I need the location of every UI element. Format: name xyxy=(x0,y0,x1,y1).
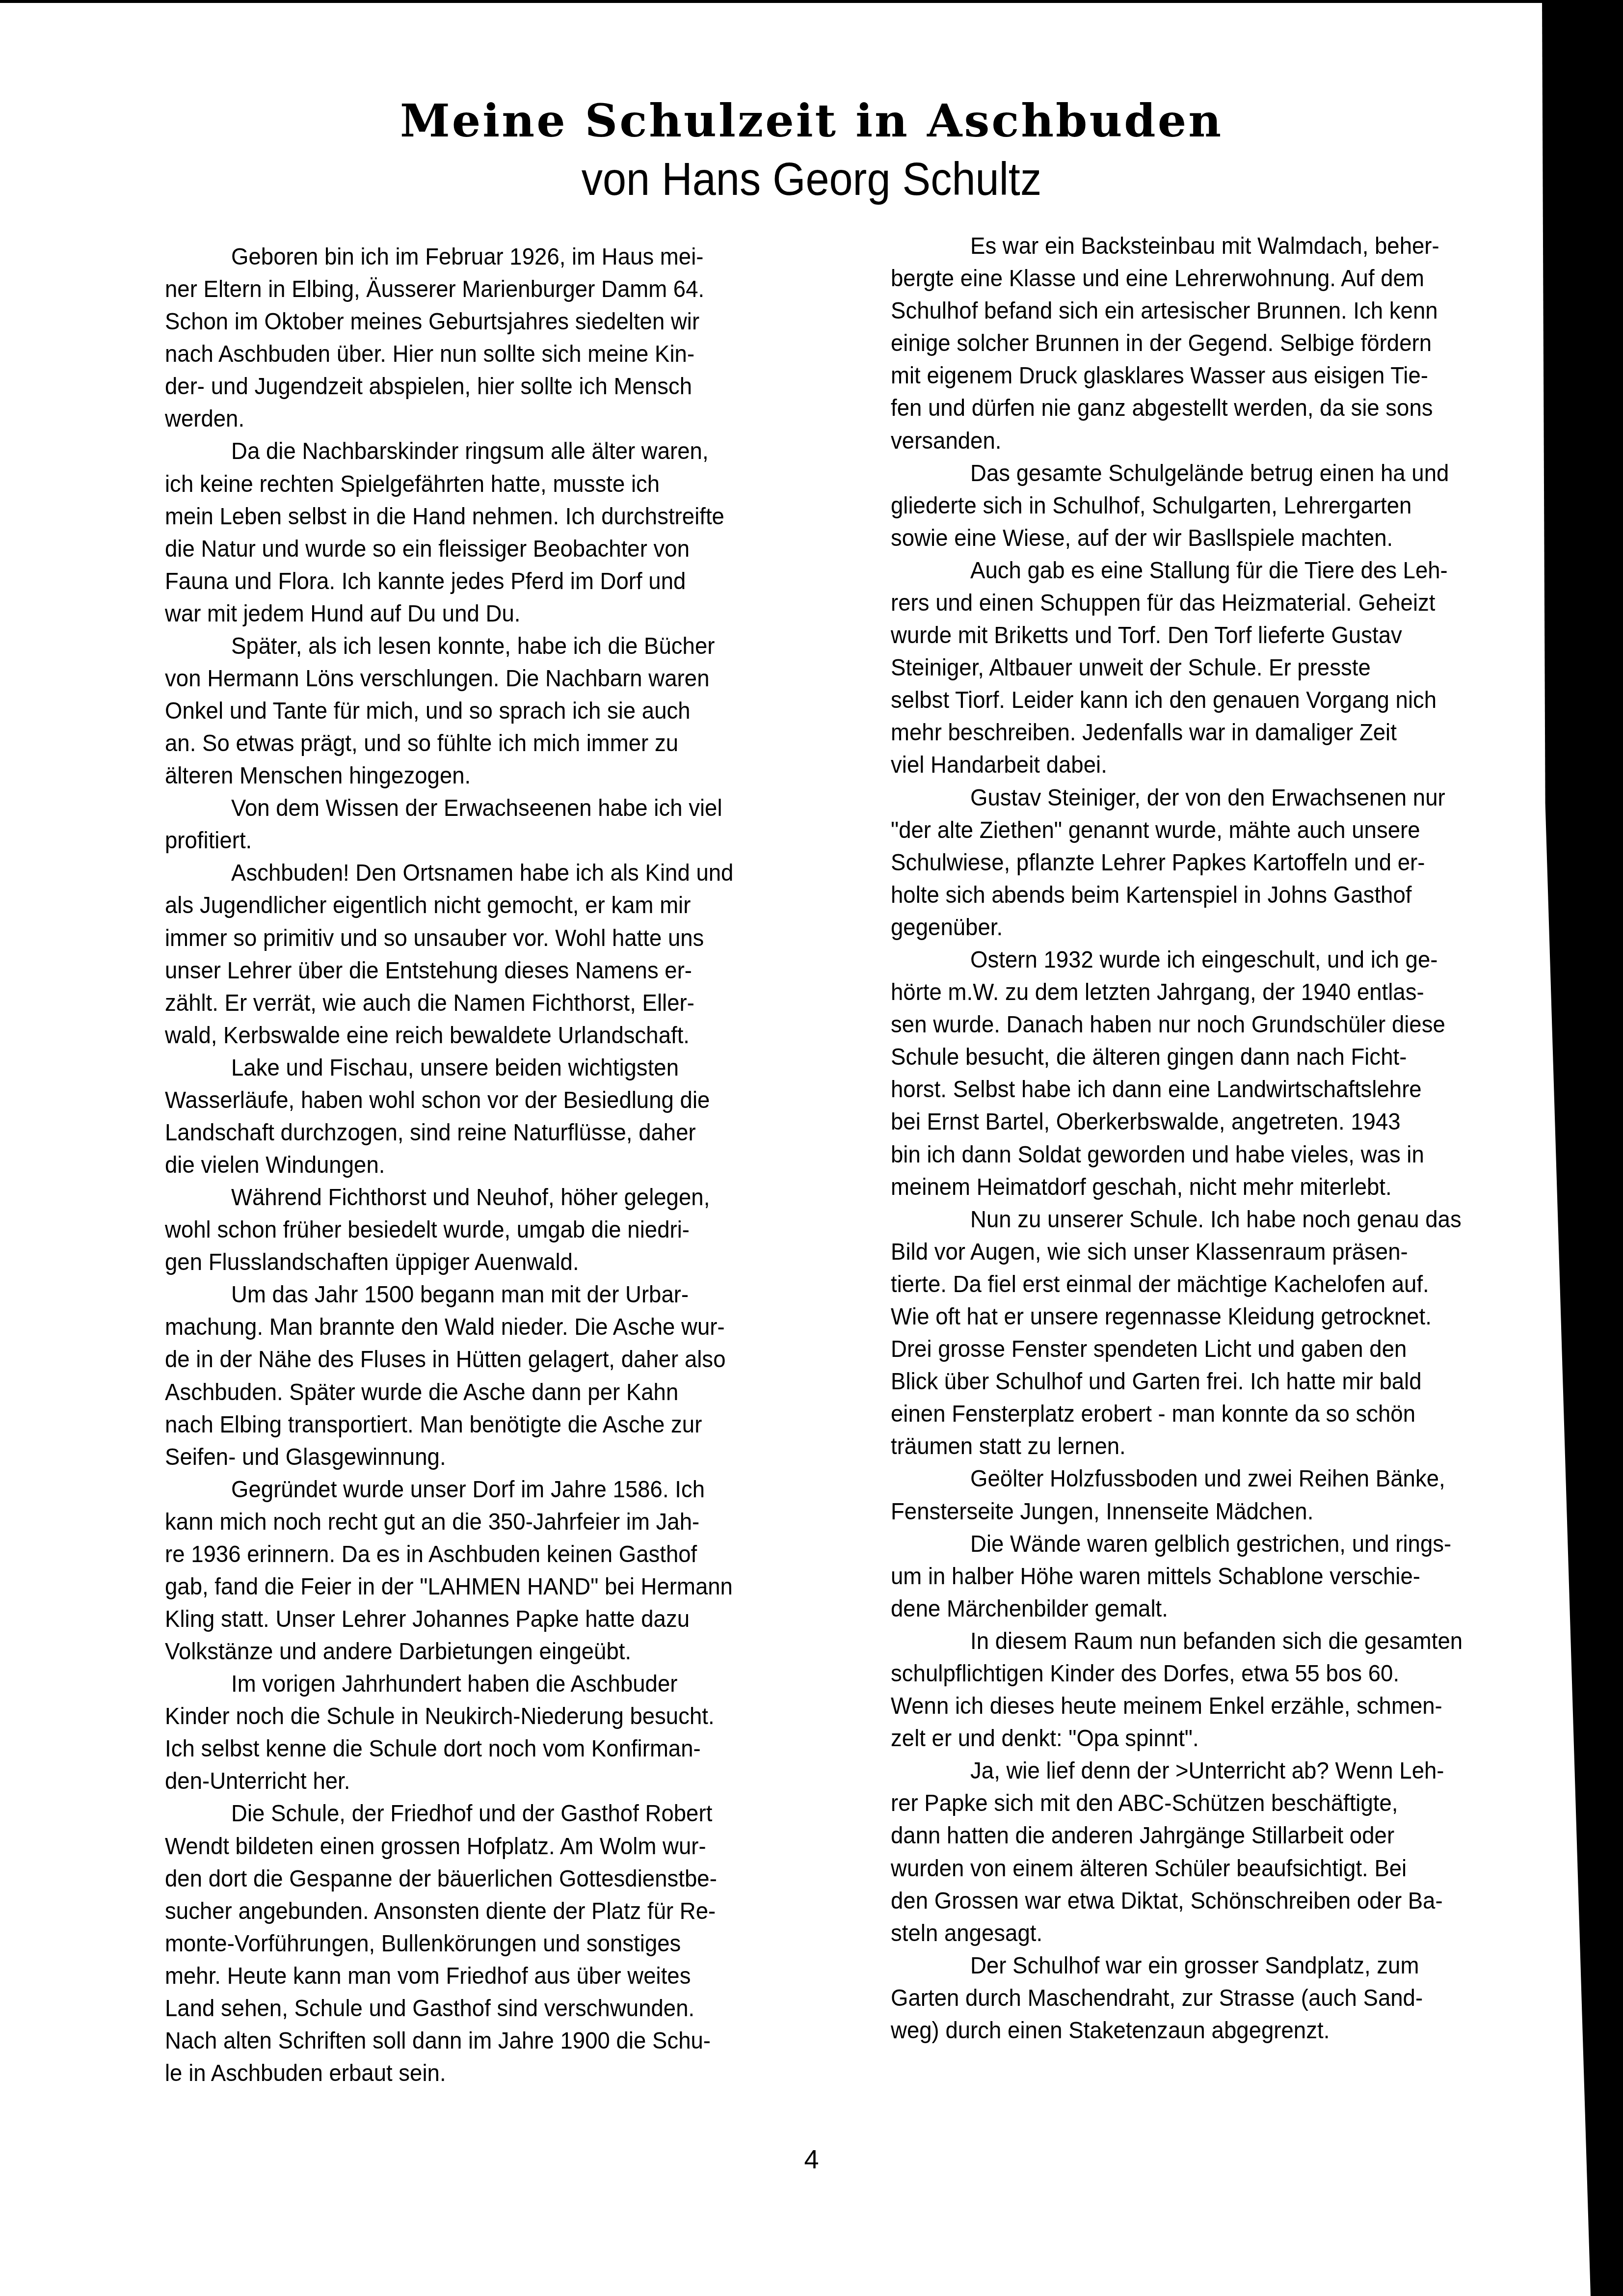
text-line: sucher angebunden. Ansonsten diente der … xyxy=(165,1899,716,1923)
text-line: schulpflichtigen Kinder des Dorfes, etwa… xyxy=(891,1662,1399,1686)
text-line: Land sehen, Schule und Gasthof sind vers… xyxy=(165,1997,694,2021)
page-number: 4 xyxy=(0,2146,1623,2173)
text-line: wurde mit Briketts und Torf. Den Torf li… xyxy=(891,623,1402,648)
text-line: Schulhof befand sich ein artesischer Bru… xyxy=(891,299,1438,323)
text-line: Blick über Schulhof und Garten frei. Ich… xyxy=(891,1370,1422,1394)
text-line: Landschaft durchzogen, sind reine Naturf… xyxy=(165,1121,696,1145)
text-line: mit eigenem Druck glasklares Wasser aus … xyxy=(891,364,1428,388)
text-line: hörte m.W. zu dem letzten Jahrgang, der … xyxy=(891,980,1424,1004)
text-line: meinem Heimatdorf geschah, nicht mehr mi… xyxy=(891,1175,1392,1199)
text-line: viel Handarbeit dabei. xyxy=(891,753,1107,777)
text-line: unser Lehrer über die Entstehung dieses … xyxy=(165,959,692,983)
text-line: mein Leben selbst in die Hand nehmen. Ic… xyxy=(165,505,724,529)
text-line: bergte eine Klasse und eine Lehrerwohnun… xyxy=(891,267,1424,291)
text-line: den dort die Gespanne der bäuerlichen Go… xyxy=(165,1867,717,1891)
text-line: le in Aschbuden erbaut sein. xyxy=(165,2061,446,2085)
text-line: gegenüber. xyxy=(891,916,1003,940)
text-line: Steiniger, Altbauer unweit der Schule. E… xyxy=(891,656,1371,680)
text-line: de in der Nähe des Fluses in Hütten gela… xyxy=(165,1348,725,1372)
paragraph-first-line: Der Schulhof war ein grosser Sandplatz, … xyxy=(970,1954,1419,1978)
text-line: versanden. xyxy=(891,429,1001,453)
paragraph-first-line: Von dem Wissen der Erwachseenen habe ich… xyxy=(231,796,722,820)
text-line: einen Fensterplatz erobert - man konnte … xyxy=(891,1402,1415,1426)
text-line: mehr beschreiben. Jedenfalls war in dama… xyxy=(891,721,1397,745)
text-line: den Grossen war etwa Diktat, Schönschrei… xyxy=(891,1889,1443,1913)
text-line: dene Märchenbilder gemalt. xyxy=(891,1597,1168,1621)
text-line: Schule besucht, die älteren gingen dann … xyxy=(891,1045,1407,1069)
text-line: träumen statt zu lernen. xyxy=(891,1434,1126,1459)
paragraph-first-line: Lake und Fischau, unsere beiden wichtigs… xyxy=(231,1056,679,1080)
text-line: wohl schon früher besiedelt wurde, umgab… xyxy=(165,1218,690,1242)
text-line: älteren Menschen hingezogen. xyxy=(165,764,471,788)
scan-border-right xyxy=(1542,0,1623,2296)
text-line: gen Flusslandschaften üppiger Auenwald. xyxy=(165,1250,579,1274)
text-line: mehr. Heute kann man vom Friedhof aus üb… xyxy=(165,1964,691,1988)
text-line: tierte. Da fiel erst einmal der mächtige… xyxy=(891,1272,1429,1297)
text-line: Garten durch Maschendraht, zur Strasse (… xyxy=(891,1986,1423,2010)
paragraph-first-line: Um das Jahr 1500 begann man mit der Urba… xyxy=(231,1283,689,1307)
text-line: an. So etwas prägt, und so fühlte ich mi… xyxy=(165,731,678,756)
text-line: von Hermann Löns verschlungen. Die Nachb… xyxy=(165,667,709,691)
text-line: immer so primitiv und so unsauber vor. W… xyxy=(165,926,704,950)
scan-border-top xyxy=(0,0,1623,3)
paragraph-first-line: Aschbuden! Den Ortsnamen habe ich als Ki… xyxy=(231,861,733,885)
article-title: Meine Schulzeit in Aschbuden xyxy=(0,98,1623,143)
text-line: den-Unterricht her. xyxy=(165,1769,350,1793)
text-line: ich keine rechten Spielgefährten hatte, … xyxy=(165,472,660,496)
text-line: Kling statt. Unser Lehrer Johannes Papke… xyxy=(165,1607,690,1631)
text-line: rers und einen Schuppen für das Heizmate… xyxy=(891,591,1435,615)
text-line: selbst Tiorf. Leider kann ich den genaue… xyxy=(891,688,1437,712)
text-line: gliederte sich in Schulhof, Schulgarten,… xyxy=(891,494,1411,518)
text-line: Wasserläufe, haben wohl schon vor der Be… xyxy=(165,1088,710,1112)
text-line: fen und dürfen nie ganz abgestellt werde… xyxy=(891,396,1433,420)
paragraph-first-line: Nun zu unserer Schule. Ich habe noch gen… xyxy=(970,1208,1462,1232)
text-line: re 1936 erinnern. Da es in Aschbuden kei… xyxy=(165,1542,697,1567)
text-line: Wie oft hat er unsere regennasse Kleidun… xyxy=(891,1305,1432,1329)
text-line: war mit jedem Hund auf Du und Du. xyxy=(165,602,520,626)
text-line: Kinder noch die Schule in Neukirch-Niede… xyxy=(165,1704,715,1729)
text-line: Ich selbst kenne die Schule dort noch vo… xyxy=(165,1737,701,1761)
text-line: "der alte Ziethen" genannt wurde, mähte … xyxy=(891,818,1420,842)
text-line: Bild vor Augen, wie sich unser Klassenra… xyxy=(891,1240,1408,1264)
paragraph-first-line: Ostern 1932 wurde ich eingeschult, und i… xyxy=(970,948,1437,972)
paragraph-first-line: Während Fichthorst und Neuhof, höher gel… xyxy=(231,1186,710,1210)
text-line: als Jugendlicher eigentlich nicht gemoch… xyxy=(165,893,691,918)
paragraph-first-line: Geboren bin ich im Februar 1926, im Haus… xyxy=(231,245,703,269)
paragraph-first-line: Die Wände waren gelblich gestrichen, und… xyxy=(970,1532,1451,1556)
text-line: Wenn ich dieses heute meinem Enkel erzäh… xyxy=(891,1694,1442,1718)
text-line: nach Elbing transportiert. Man benötigte… xyxy=(165,1413,702,1437)
text-line: Volkstänze und andere Darbietungen einge… xyxy=(165,1640,631,1664)
paragraph-first-line: Geölter Holzfussboden und zwei Reihen Bä… xyxy=(970,1467,1445,1491)
text-line: Schulwiese, pflanzte Lehrer Papkes Karto… xyxy=(891,851,1425,875)
text-line: wald, Kerbswalde eine reich bewaldete Ur… xyxy=(165,1024,690,1048)
text-line: einige solcher Brunnen in der Gegend. Se… xyxy=(891,331,1432,355)
text-line: gab, fand die Feier in der "LAHMEN HAND"… xyxy=(165,1575,733,1599)
paragraph-first-line: In diesem Raum nun befanden sich die ges… xyxy=(970,1629,1463,1653)
paragraph-first-line: Auch gab es eine Stallung für die Tiere … xyxy=(970,559,1448,583)
text-line: rer Papke sich mit den ABC-Schützen besc… xyxy=(891,1791,1398,1815)
text-line: Nach alten Schriften soll dann im Jahre … xyxy=(165,2029,711,2053)
text-line: Fauna und Flora. Ich kannte jedes Pferd … xyxy=(165,569,686,594)
text-line: Seifen- und Glasgewinnung. xyxy=(165,1445,446,1469)
text-line: weg) durch einen Staketenzaun abgegrenzt… xyxy=(891,2019,1330,2043)
paragraph-first-line: Später, als ich lesen konnte, habe ich d… xyxy=(231,634,715,658)
text-line: die vielen Windungen. xyxy=(165,1153,385,1177)
article-byline: von Hans Georg Schultz xyxy=(65,156,1558,202)
text-line: holte sich abends beim Kartenspiel in Jo… xyxy=(891,883,1411,907)
text-line: steln angesagt. xyxy=(891,1921,1042,1945)
paragraph-first-line: Es war ein Backsteinbau mit Walmdach, be… xyxy=(970,234,1439,258)
paragraph-first-line: Ja, wie lief denn der >Unterricht ab? We… xyxy=(970,1759,1444,1783)
text-line: die Natur und wurde so ein fleissiger Be… xyxy=(165,537,690,561)
paragraph-first-line: Da die Nachbarskinder ringsum alle älter… xyxy=(231,439,709,463)
paragraph-first-line: Gustav Steiniger, der von den Erwachsene… xyxy=(970,786,1445,810)
text-line: nach Aschbuden über. Hier nun sollte sic… xyxy=(165,342,694,366)
text-line: kann mich noch recht gut an die 350-Jahr… xyxy=(165,1510,699,1534)
paragraph-first-line: Im vorigen Jahrhundert haben die Aschbud… xyxy=(231,1672,677,1696)
text-line: sowie eine Wiese, auf der wir Basllspiel… xyxy=(891,526,1393,550)
text-line: zählt. Er verrät, wie auch die Namen Fic… xyxy=(165,991,694,1015)
text-line: bei Ernst Bartel, Oberkerbswalde, angetr… xyxy=(891,1110,1401,1134)
text-line: Aschbuden. Später wurde die Asche dann p… xyxy=(165,1380,678,1405)
text-line: monte-Vorführungen, Bullenkörungen und s… xyxy=(165,1932,681,1956)
paragraph-first-line: Gegründet wurde unser Dorf im Jahre 1586… xyxy=(231,1478,705,1502)
text-line: wurden von einem älteren Schüler beaufsi… xyxy=(891,1857,1407,1881)
paragraph-first-line: Das gesamte Schulgelände betrug einen ha… xyxy=(970,461,1449,486)
text-line: dann hatten die anderen Jahrgänge Stilla… xyxy=(891,1824,1394,1848)
text-line: Onkel und Tante für mich, und so sprach … xyxy=(165,699,691,723)
text-line: ner Eltern in Elbing, Äusserer Marienbur… xyxy=(165,277,704,301)
text-line: Drei grosse Fenster spendeten Licht und … xyxy=(891,1337,1407,1361)
text-line: profitiert. xyxy=(165,829,252,853)
text-line: der- und Jugendzeit abspielen, hier soll… xyxy=(165,375,692,399)
text-line: werden. xyxy=(165,407,244,431)
text-line: Wendt bildeten einen grossen Hofplatz. A… xyxy=(165,1835,706,1859)
text-line: bin ich dann Soldat geworden und habe vi… xyxy=(891,1143,1424,1167)
text-line: horst. Selbst habe ich dann eine Landwir… xyxy=(891,1078,1422,1102)
paragraph-first-line: Die Schule, der Friedhof und der Gasthof… xyxy=(231,1802,712,1826)
text-line: Fensterseite Jungen, Innenseite Mädchen. xyxy=(891,1500,1313,1524)
text-line: um in halber Höhe waren mittels Schablon… xyxy=(891,1565,1420,1589)
text-line: sen wurde. Danach haben nur noch Grundsc… xyxy=(891,1013,1445,1037)
text-line: Schon im Oktober meines Geburtsjahres si… xyxy=(165,310,699,334)
text-line: zelt er und denkt: "Opa spinnt". xyxy=(891,1727,1199,1751)
text-line: machung. Man brannte den Wald nieder. Di… xyxy=(165,1315,725,1339)
